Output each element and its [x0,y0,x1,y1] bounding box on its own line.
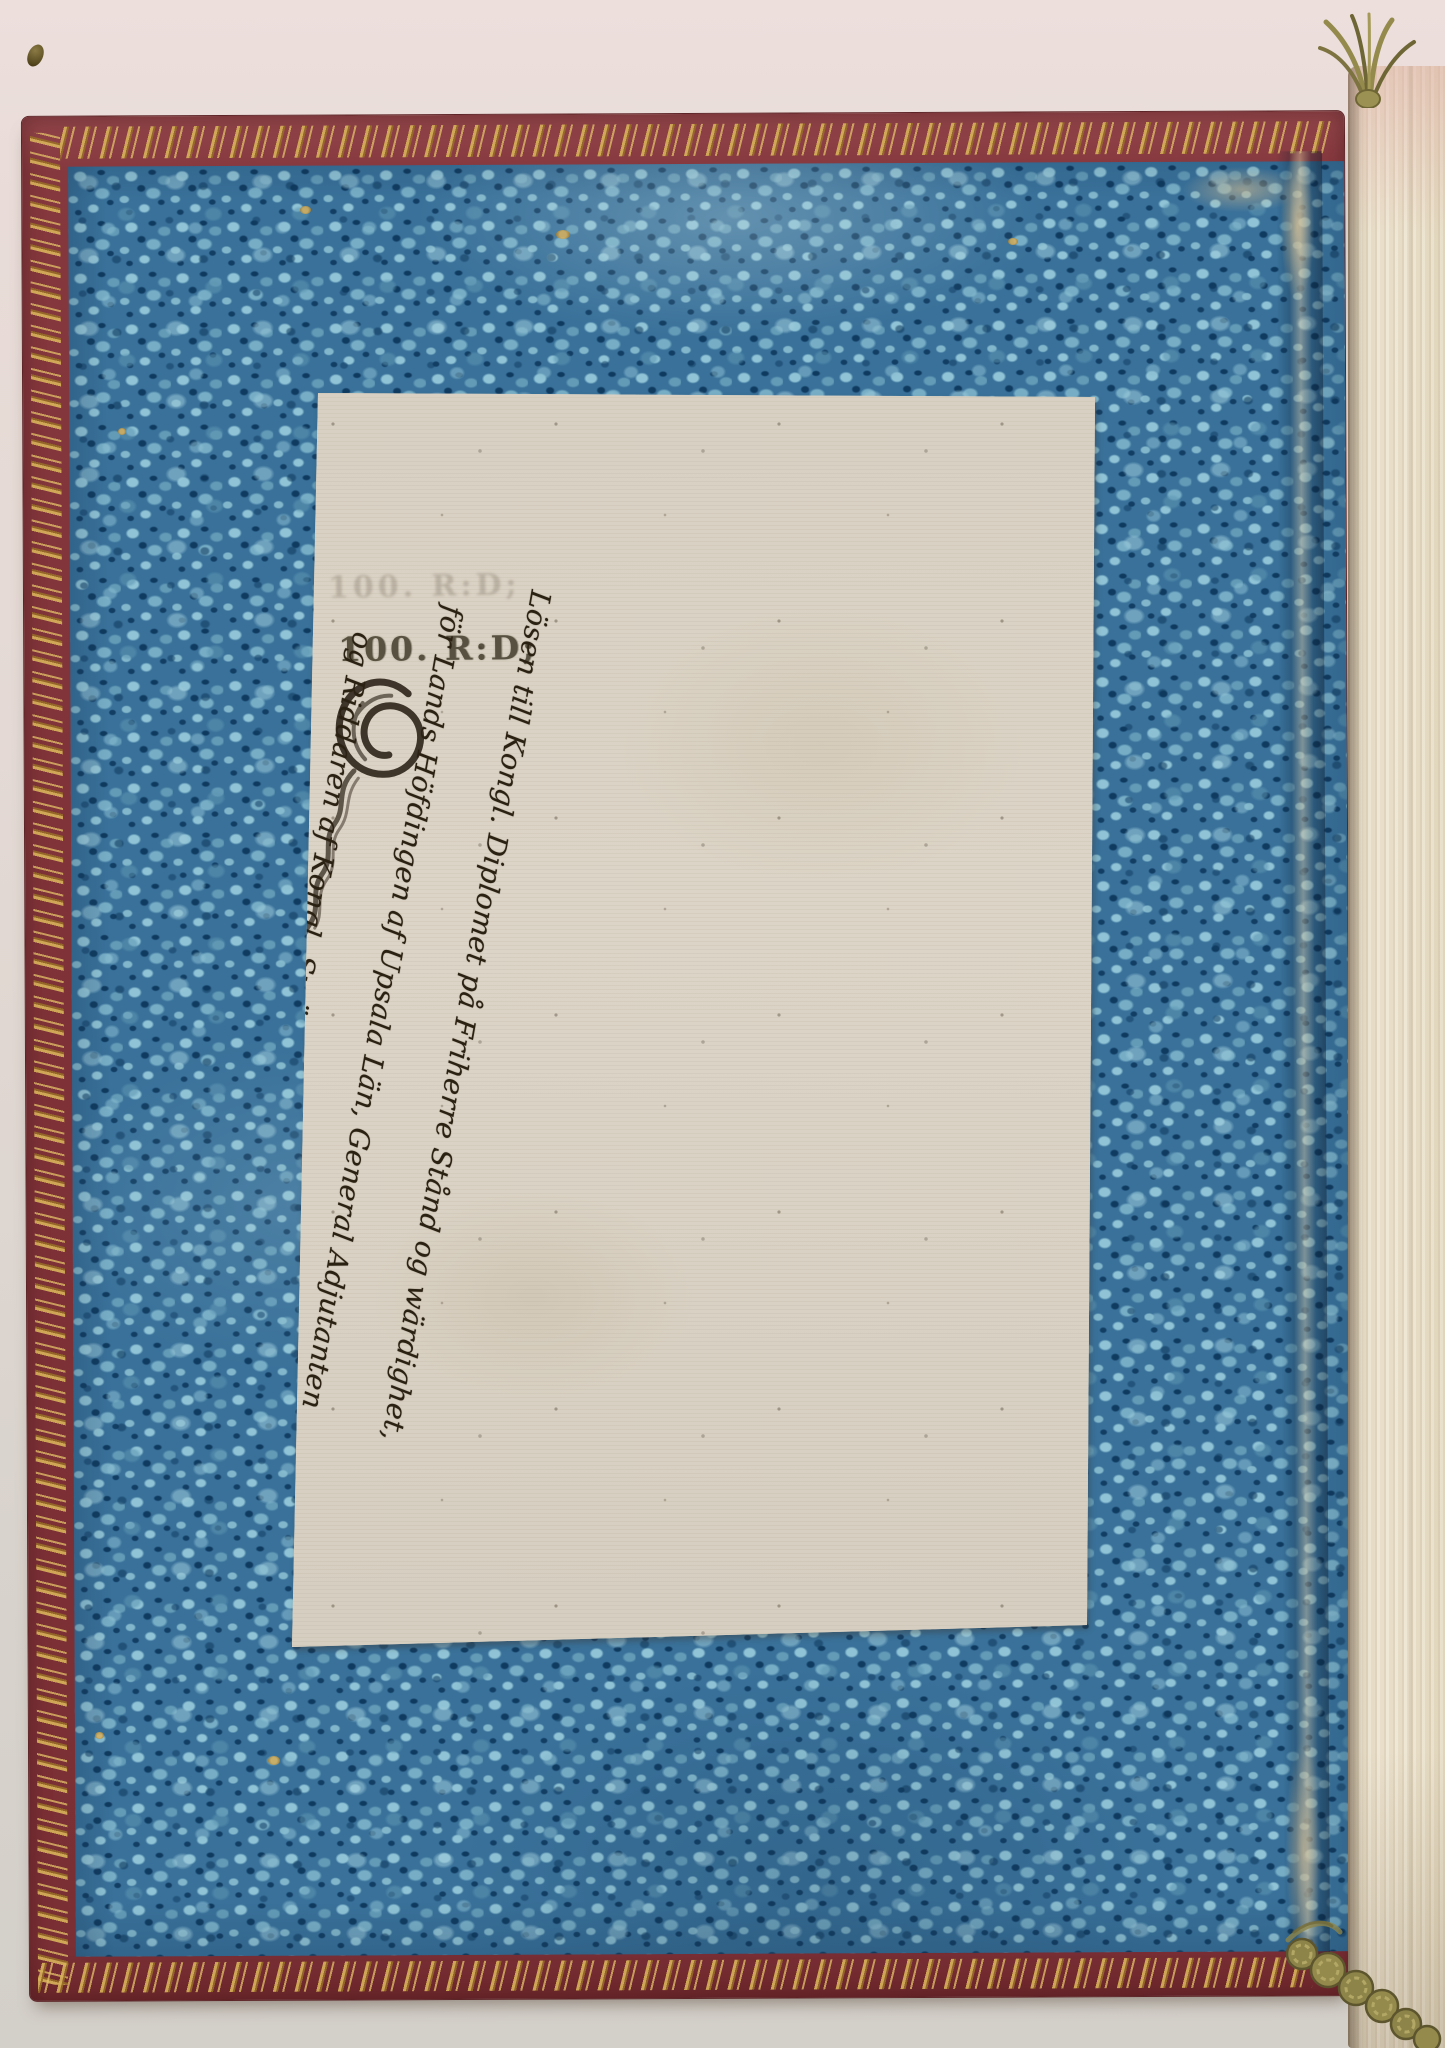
gold-fleck-icon [556,230,570,239]
page-block-fore-edge [1348,66,1445,2048]
clasp-remnant-icon [24,42,47,69]
gold-fleck-icon [118,428,126,435]
hinge-crease [1276,151,1330,1959]
inscription-line: Lösen till Kongl. Diplomet på Friherre S… [300,583,582,1730]
silk-tassel-icon [1312,8,1422,108]
gold-fleck-icon [1008,238,1018,245]
fee-stamp-ghost: 100. R:D; [328,567,521,605]
gilt-roll-left-border-icon [30,133,68,1985]
gilt-roll-top-border-icon [60,121,1332,159]
braided-cord-icon [1272,1912,1445,2048]
pasted-fee-label: 100. R:D; 100. R:D; Lösen till Kongl. Di… [292,393,1095,1647]
scanned-book-inside-cover: 100. R:D; 100. R:D; Lösen till Kongl. Di… [0,0,1445,2048]
gilt-roll-bottom-border-icon [38,1957,1312,1993]
gold-fleck-icon [300,206,311,214]
gold-fleck-icon [268,1756,280,1765]
label-paper: 100. R:D; 100. R:D; Lösen till Kongl. Di… [292,393,1095,1647]
gold-fleck-icon [95,1732,104,1739]
fee-stamp: 100. R:D; [338,628,538,669]
